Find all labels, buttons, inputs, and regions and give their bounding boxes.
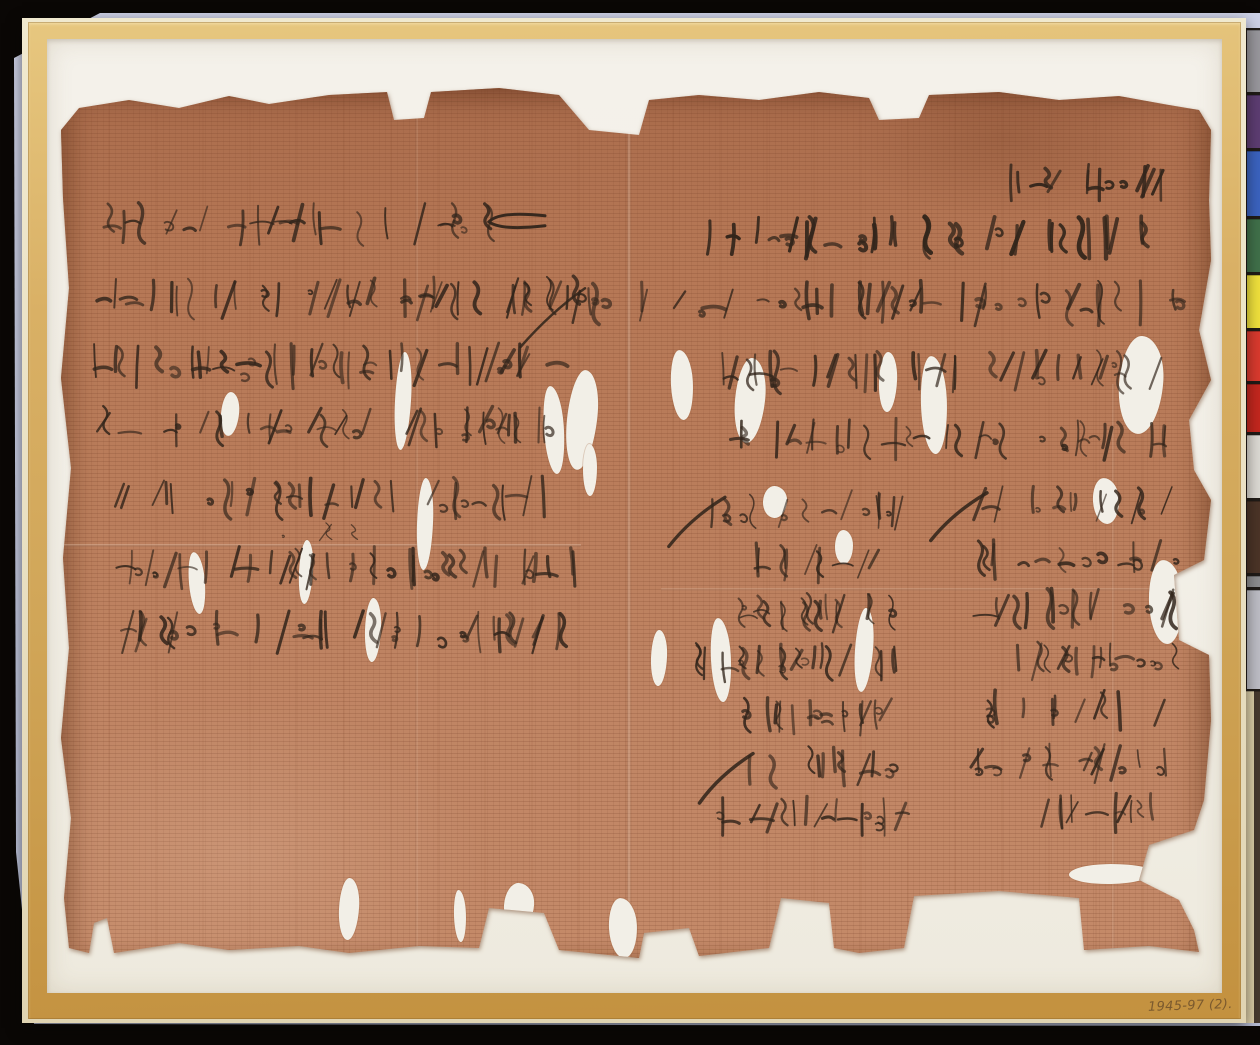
script-line-right-2 [521, 281, 1185, 347]
chart-patch-gray [1247, 30, 1260, 92]
script-line-right-1 [707, 216, 1147, 258]
mount-board [47, 39, 1222, 993]
chart-patch-dark-brown [1247, 501, 1260, 573]
script-line-listA-7 [717, 796, 909, 836]
script-line-left-5-interlinear [282, 523, 357, 541]
script-line-right-4 [730, 418, 1165, 460]
script-line-listA-6 [700, 746, 898, 803]
chart-patch-red-dark [1247, 384, 1260, 432]
picture-frame: 1945-97 (2). [22, 18, 1246, 1023]
script-line-left-6 [116, 547, 574, 590]
script-line-listA-3 [739, 593, 896, 632]
museum-photograph: 1945-97 (2). [0, 0, 1260, 1045]
script-line-right-3 [722, 350, 1161, 393]
frame-gilt-border [28, 22, 1241, 1019]
script-line-listA-5 [743, 698, 892, 736]
script-line-listA-2 [755, 543, 879, 583]
chart-patch-yellow [1247, 275, 1260, 328]
chart-patch-shadow-gap [1254, 691, 1260, 1023]
script-line-listA-4 [696, 643, 896, 682]
chart-patch-red-light [1247, 331, 1260, 381]
chart-patch-purple [1247, 95, 1260, 148]
script-line-listB-2 [978, 540, 1178, 579]
script-line-listB-5 [987, 690, 1165, 730]
chart-patch-frame-edge-highlight [1246, 691, 1254, 1023]
script-line-listB-6 [971, 744, 1166, 783]
script-line-left-4 [97, 406, 553, 447]
script-line-left-3 [94, 343, 567, 388]
script-line-listA-1 [669, 490, 903, 546]
chart-patch-green [1247, 219, 1260, 272]
script-line-left-7 [121, 611, 566, 653]
papyrus-surface [61, 84, 1211, 962]
script-line-left-5 [115, 476, 544, 520]
chart-patch-blue [1247, 151, 1260, 216]
script-line-listB-4 [1017, 642, 1178, 680]
accession-number: 1945-97 (2). [1148, 997, 1258, 1015]
chart-patch-white [1247, 435, 1260, 498]
papyrus-fragment [61, 84, 1211, 962]
script-line-left-2 [97, 276, 579, 320]
chart-patch-mid-gray [1247, 576, 1260, 587]
script-line-listB-1 [931, 486, 1172, 540]
script-line-listB-3 [973, 589, 1176, 629]
script-line-right-date [1011, 164, 1164, 200]
chart-patch-light-gray [1247, 590, 1260, 689]
script-line-left-1 [104, 203, 545, 246]
hieratic-inscription [61, 84, 1211, 962]
script-line-listB-7 [1041, 793, 1152, 832]
